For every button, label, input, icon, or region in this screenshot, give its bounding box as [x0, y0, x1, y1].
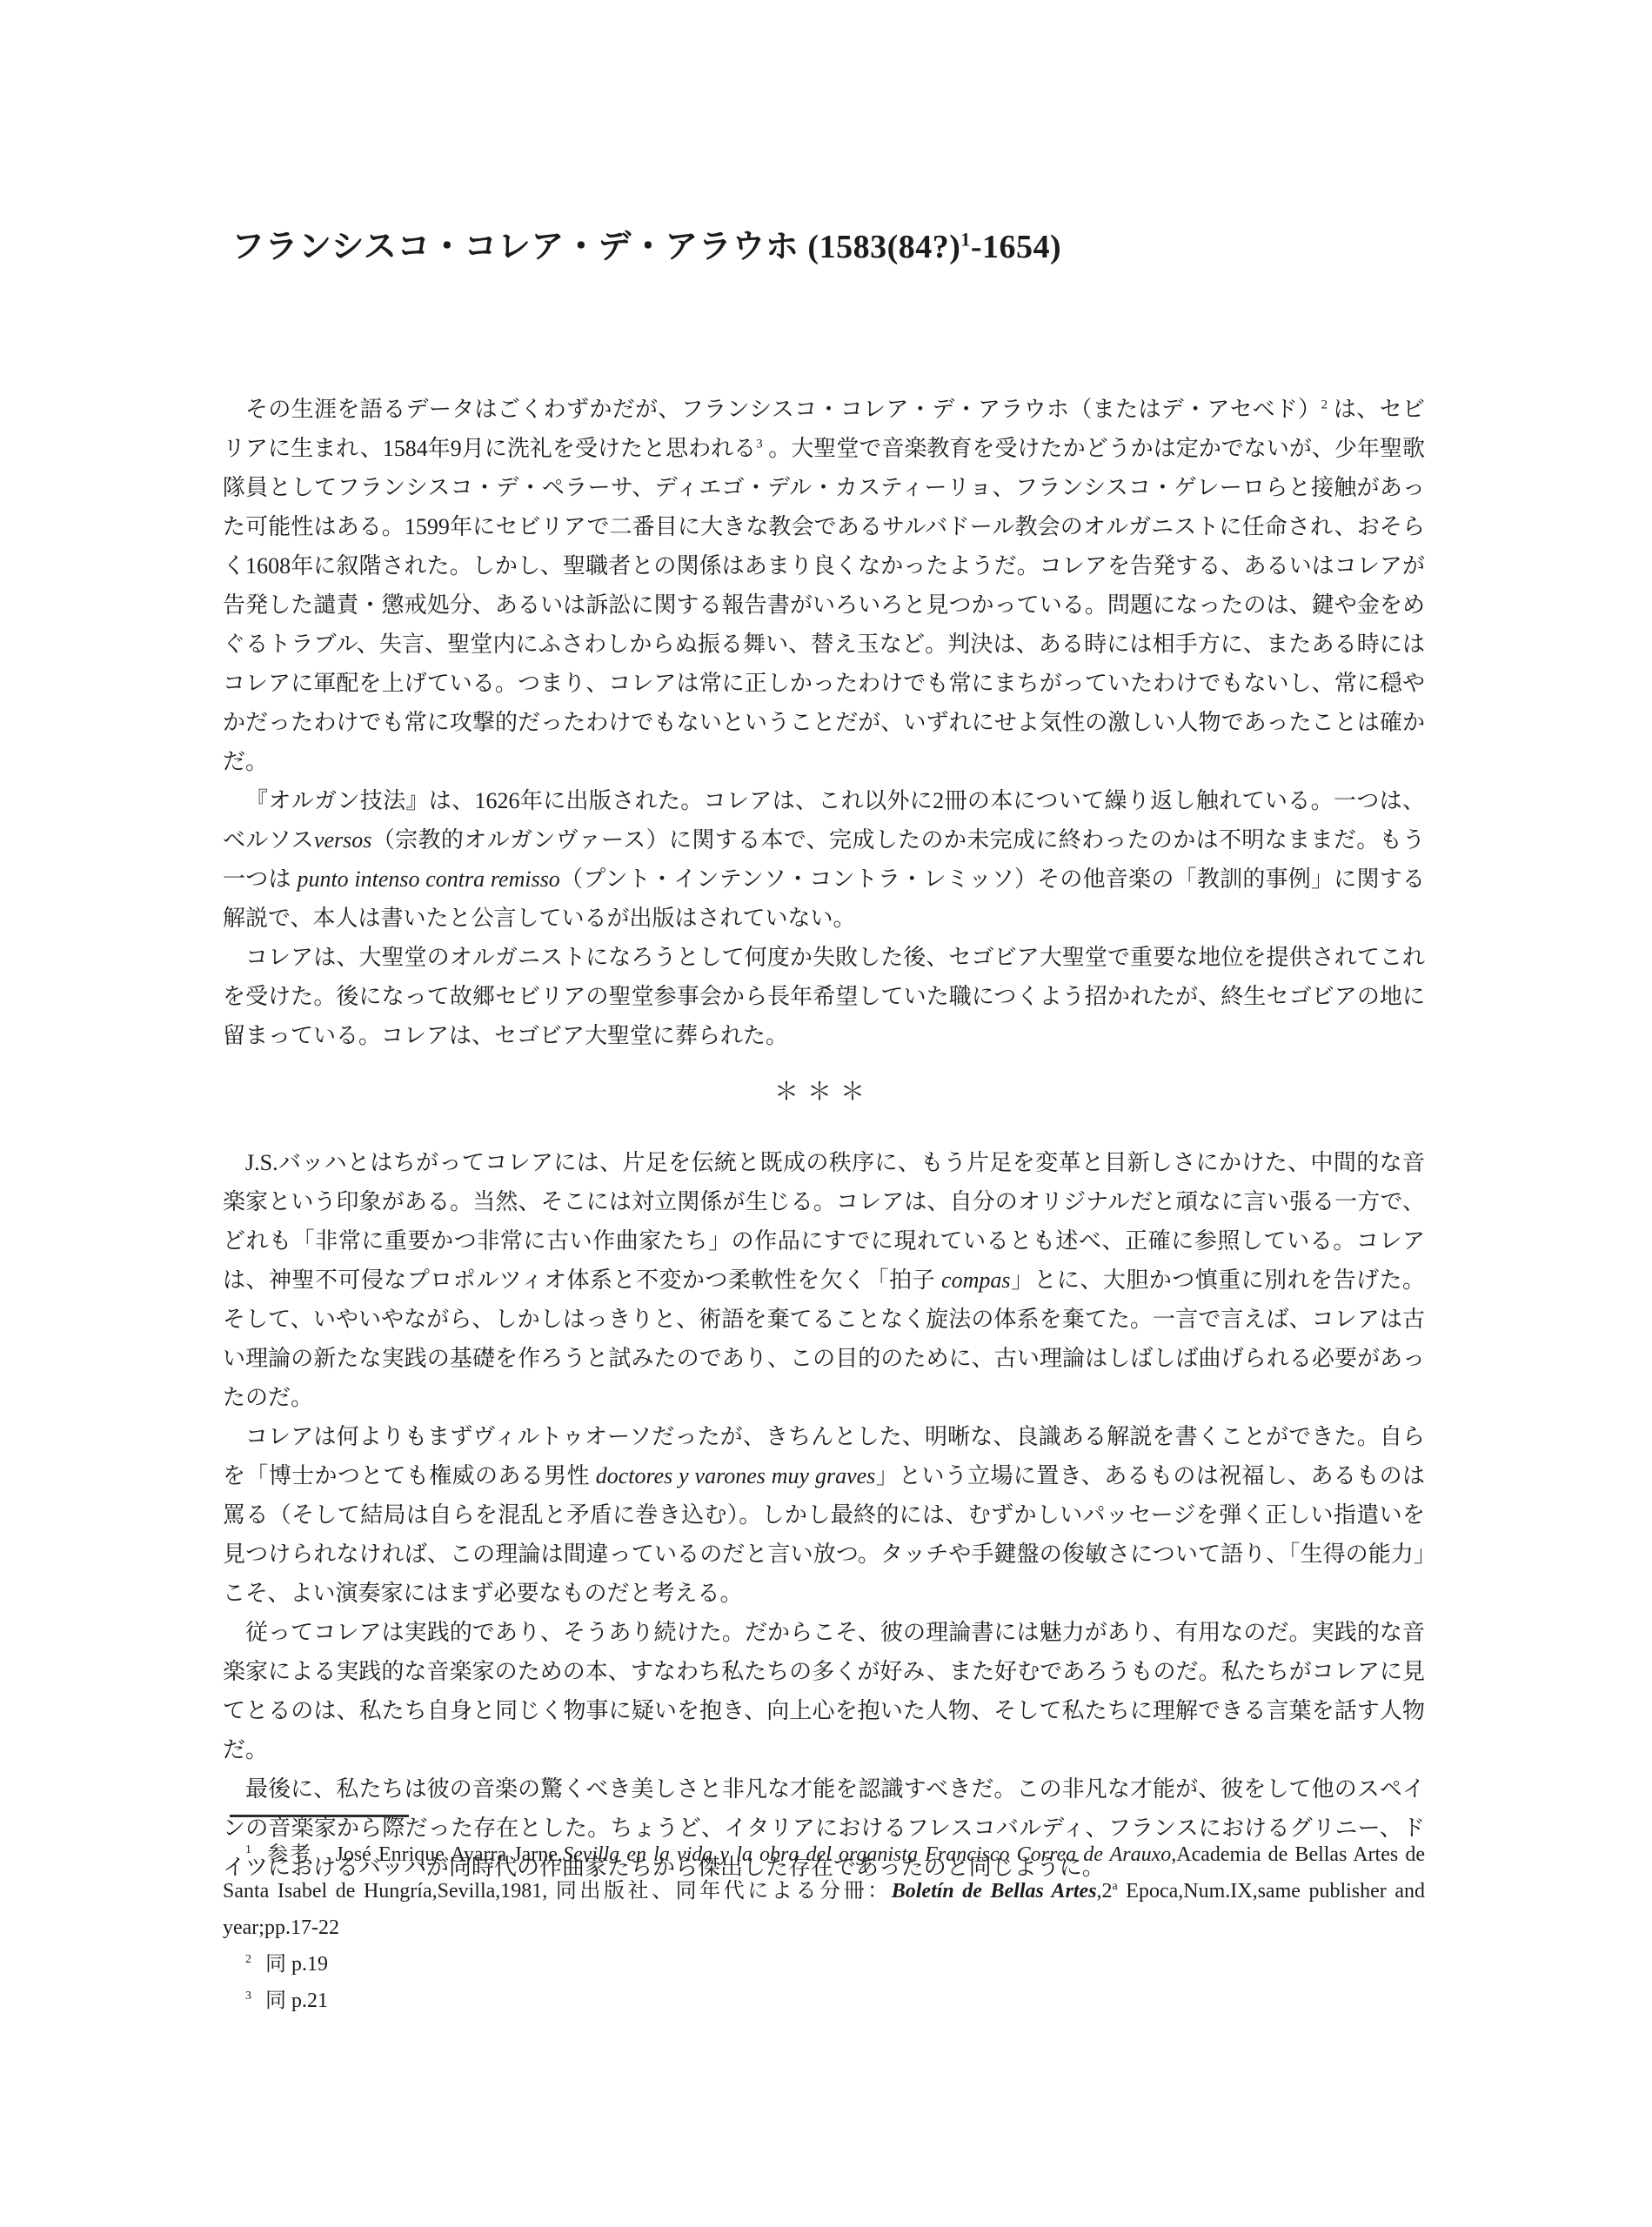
body-text: その生涯を語るデータはごくわずかだが、フランシスコ・コレア・デ・アラウホ（または… [223, 390, 1425, 1887]
body-paragraph: コレアは、大聖堂のオルガニストになろうとして何度か失敗した後、セゴビア大聖堂で重… [223, 938, 1425, 1055]
text-segment: Boletín de Bellas Artes [892, 1880, 1097, 1903]
superscript-ref: 1 [960, 228, 971, 250]
text-segment: Sevilla en la vida y la obra del organis… [563, 1843, 1171, 1866]
text-segment: 参考 José Enrique Ayarra Jarne, [265, 1843, 563, 1866]
body-paragraph: 従ってコレアは実践的であり、そうあり続けた。だからこそ、彼の理論書には魅力があり… [223, 1613, 1425, 1769]
superscript-ref: 3 [756, 437, 763, 451]
text-segment: 。大聖堂で音楽教育を受けたかどうかは定かでないが、少年聖歌隊員としてフランシスコ… [223, 436, 1425, 774]
footnote-rule [230, 1815, 409, 1817]
text-segment: 従ってコレアは実践的であり、そうあり続けた。だからこそ、彼の理論書には魅力があり… [223, 1620, 1425, 1762]
superscript-ref: 2 [1321, 398, 1328, 411]
text-segment: compas [935, 1267, 1010, 1293]
body-paragraph: 『オルガン技法』は、1626年に出版された。コレアは、これ以外に2冊の本について… [223, 781, 1425, 938]
text-segment: 同 p.21 [265, 1990, 328, 2012]
document-page: フランシスコ・コレア・デ・アラウホ (1583(84?)1-1654) その生涯… [0, 0, 1652, 2227]
text-segment: versos [314, 827, 371, 853]
page-title: フランシスコ・コレア・デ・アラウホ (1583(84?)1-1654) [231, 219, 1061, 267]
footnote-number: 3 [245, 1990, 251, 2003]
text-segment: -1654) [971, 229, 1061, 265]
footnote-number: 2 [245, 1953, 251, 1966]
text-segment: ,2 [1097, 1880, 1113, 1903]
text-segment: フランシスコ・コレア・デ・アラウホ (1583(84?) [231, 229, 960, 265]
text-segment: doctores y varones muy graves [590, 1463, 875, 1488]
footnote-number: 1 [245, 1843, 251, 1856]
footnotes: 1参考 José Enrique Ayarra Jarne,Sevilla en… [223, 1815, 1425, 2019]
text-segment: punto intenso contra remisso [291, 866, 560, 892]
body-paragraph: コレアは何よりもまずヴィルトゥオーソだったが、きちんとした、明晰な、良識ある解説… [223, 1417, 1425, 1613]
footnote-item: 1参考 José Enrique Ayarra Jarne,Sevilla en… [223, 1836, 1425, 1946]
body-paragraph: J.S.バッハとはちがってコレアには、片足を伝統と既成の秩序に、もう片足を変革と… [223, 1143, 1425, 1417]
footnote-item: 2同 p.19 [223, 1946, 1425, 1983]
text-segment: コレアは、大聖堂のオルガニストになろうとして何度か失敗した後、セゴビア大聖堂で重… [223, 945, 1425, 1048]
footnote-list: 1参考 José Enrique Ayarra Jarne,Sevilla en… [223, 1836, 1425, 2019]
text-segment: 同 p.19 [265, 1953, 328, 1976]
section-separator: ＊＊＊ [223, 1073, 1425, 1112]
footnote-item: 3同 p.21 [223, 1983, 1425, 2019]
text-segment: その生涯を語るデータはごくわずかだが、フランシスコ・コレア・デ・アラウホ（または… [245, 397, 1321, 422]
body-paragraph: その生涯を語るデータはごくわずかだが、フランシスコ・コレア・デ・アラウホ（または… [223, 390, 1425, 781]
